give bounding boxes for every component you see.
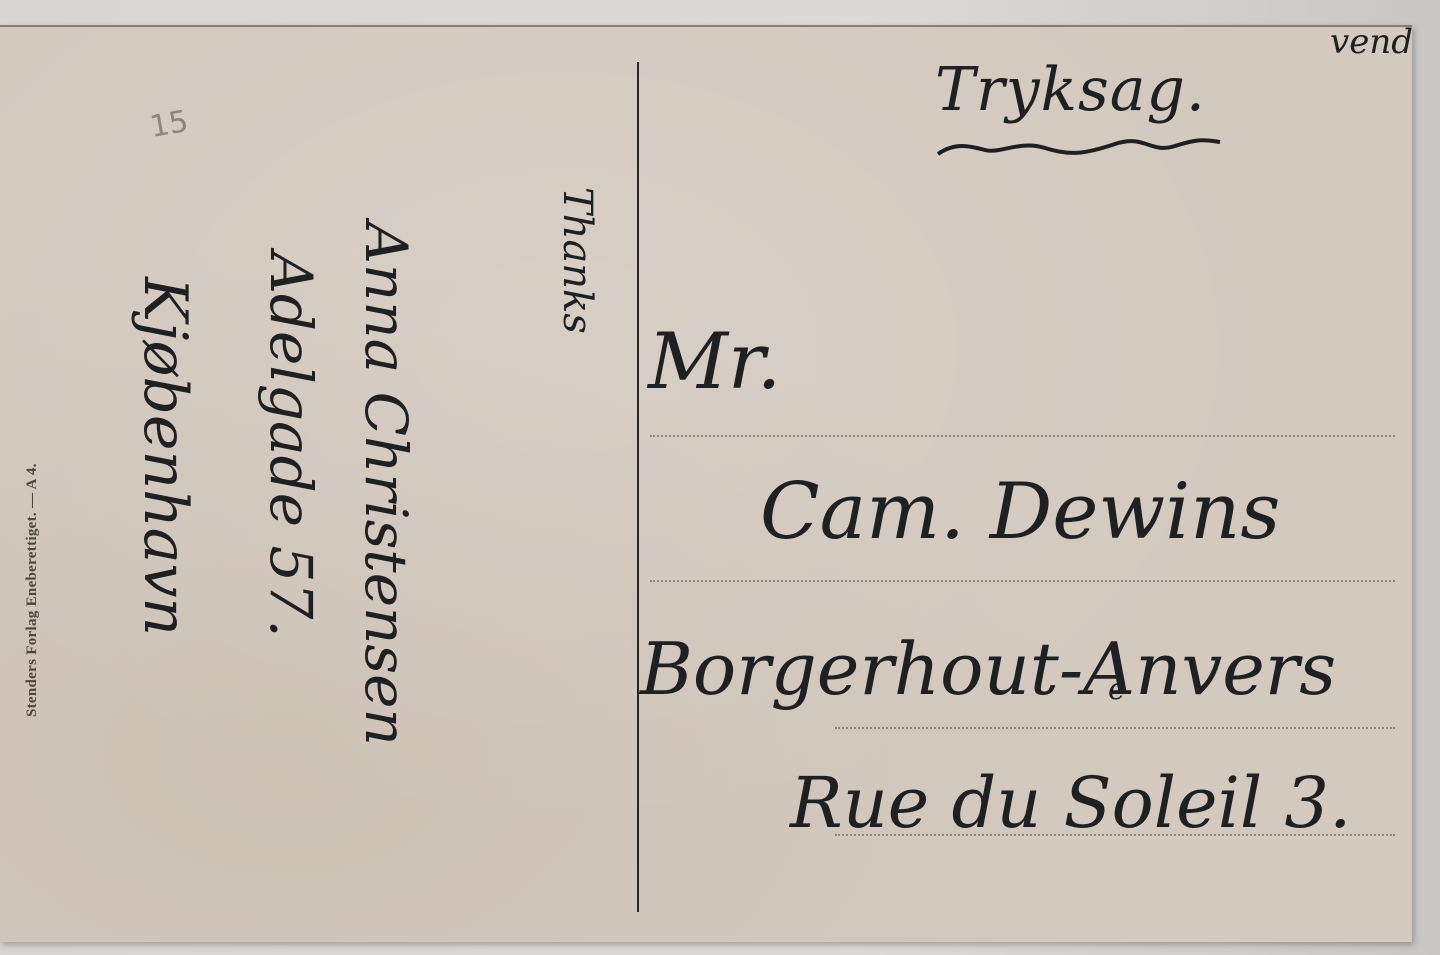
sender-name: Anna Christensen: [352, 222, 420, 746]
postcard-back: 15 Stenders Forlag Eneberettiget. — A 4.…: [0, 25, 1412, 942]
printer-imprint: Stenders Forlag Eneberettiget. — A 4.: [24, 463, 41, 717]
address-line-2: [650, 580, 1395, 582]
address-line-4: [835, 834, 1395, 836]
recipient-street: Rue du Soleil 3.: [790, 762, 1351, 844]
recipient-name: Cam. Dewins: [760, 467, 1280, 557]
recipient-locality-text: Borgerhout-Anvers: [640, 627, 1336, 711]
pencil-mark: 15: [147, 104, 191, 145]
address-line-1: [650, 435, 1395, 437]
sender-label: Thanks: [554, 187, 600, 334]
center-divider: [637, 62, 639, 912]
address-line-3: [835, 727, 1395, 729]
recipient-locality: Borgerhout-Anvers: [640, 627, 1336, 711]
sender-street: Adelgade 57.: [257, 252, 325, 638]
wavy-underline: [935, 132, 1225, 162]
turn-over-note: vend: [1330, 22, 1413, 62]
category-label: Tryksag.: [935, 55, 1206, 125]
recipient-salutation: Mr.: [648, 317, 781, 407]
sender-city: Kjøbenhavn: [130, 277, 200, 636]
locality-superscript: e: [1108, 672, 1126, 707]
